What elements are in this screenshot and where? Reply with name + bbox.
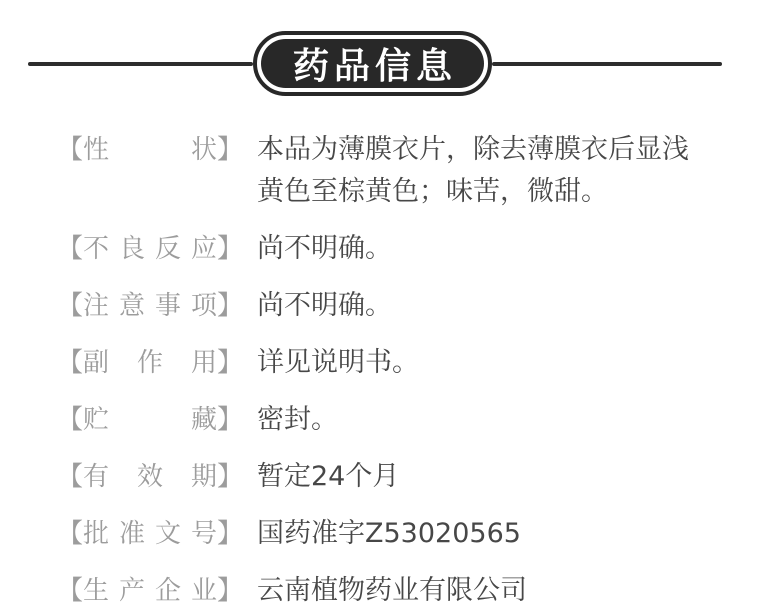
- bracket-close-char: 】: [217, 456, 243, 498]
- info-list: 【 性状 】 本品为薄膜衣片，除去薄膜衣后显浅黄色至棕黄色；味苦，微甜。 【 不…: [57, 129, 760, 612]
- label-char: 产: [119, 570, 145, 612]
- label-char: 效: [137, 456, 163, 498]
- bracket-open-char: 【: [57, 228, 83, 270]
- label-char: 项: [191, 285, 217, 327]
- field-value: 尚不明确。: [257, 228, 392, 270]
- section-header: 药品信息: [28, 31, 722, 96]
- label-char: 号: [191, 513, 217, 555]
- field-label-chars: 副作用: [83, 342, 217, 384]
- label-char: 贮: [83, 399, 109, 441]
- label-char: 有: [83, 456, 109, 498]
- field-label-chars: 生产企业: [83, 570, 217, 612]
- label-char: 反: [155, 228, 181, 270]
- label-char: 良: [119, 228, 145, 270]
- label-char: 企: [155, 570, 181, 612]
- bracket-close-char: 】: [217, 399, 243, 441]
- field-label: 【 贮藏 】: [57, 399, 243, 441]
- field-label-chars: 贮藏: [83, 399, 217, 441]
- bracket-close-char: 】: [217, 129, 243, 171]
- field-label-chars: 注意事项: [83, 285, 217, 327]
- info-row: 【 生产企业 】 云南植物药业有限公司: [57, 570, 760, 612]
- label-char: 生: [83, 570, 109, 612]
- field-label: 【 有效期 】: [57, 456, 243, 498]
- info-row: 【 不良反应 】 尚不明确。: [57, 228, 760, 270]
- bracket-open-char: 【: [57, 513, 83, 555]
- info-row: 【 有效期 】 暂定24个月: [57, 456, 760, 498]
- field-value: 云南植物药业有限公司: [257, 570, 527, 612]
- field-label: 【 不良反应 】: [57, 228, 243, 270]
- section-badge: 药品信息: [253, 31, 492, 96]
- page-title: 药品信息: [293, 38, 457, 89]
- label-char: 意: [119, 285, 145, 327]
- section-badge-inner: 药品信息: [261, 39, 484, 88]
- drug-info-page: 药品信息 【 性状 】 本品为薄膜衣片，除去薄膜衣后显浅黄色至棕黄色；味苦，微甜…: [0, 0, 760, 612]
- field-label: 【 副作用 】: [57, 342, 243, 384]
- bracket-open-char: 【: [57, 570, 83, 612]
- label-char: 状: [191, 129, 217, 171]
- info-row: 【 批准文号 】 国药准字Z53020565: [57, 513, 760, 555]
- header-rule-left: [28, 62, 253, 66]
- label-char: 应: [191, 228, 217, 270]
- label-char: 准: [119, 513, 145, 555]
- bracket-open-char: 【: [57, 285, 83, 327]
- field-label-chars: 有效期: [83, 456, 217, 498]
- field-value: 密封。: [257, 399, 338, 441]
- bracket-open-char: 【: [57, 456, 83, 498]
- label-char: 副: [83, 342, 109, 384]
- field-label-chars: 不良反应: [83, 228, 217, 270]
- label-char: 文: [155, 513, 181, 555]
- bracket-open-char: 【: [57, 342, 83, 384]
- bracket-close-char: 】: [217, 228, 243, 270]
- field-label: 【 批准文号 】: [57, 513, 243, 555]
- field-value: 暂定24个月: [257, 456, 399, 498]
- label-char: 批: [83, 513, 109, 555]
- info-row: 【 性状 】 本品为薄膜衣片，除去薄膜衣后显浅黄色至棕黄色；味苦，微甜。: [57, 129, 760, 213]
- info-row: 【 注意事项 】 尚不明确。: [57, 285, 760, 327]
- label-char: 用: [191, 342, 217, 384]
- field-label-chars: 批准文号: [83, 513, 217, 555]
- bracket-close-char: 】: [217, 285, 243, 327]
- bracket-open-char: 【: [57, 129, 83, 171]
- label-char: 业: [191, 570, 217, 612]
- bracket-open-char: 【: [57, 399, 83, 441]
- field-value: 详见说明书。: [257, 342, 419, 384]
- label-char: 不: [83, 228, 109, 270]
- field-label: 【 注意事项 】: [57, 285, 243, 327]
- field-label-chars: 性状: [83, 129, 217, 171]
- field-value: 尚不明确。: [257, 285, 392, 327]
- bracket-close-char: 】: [217, 513, 243, 555]
- label-char: 注: [83, 285, 109, 327]
- field-value: 国药准字Z53020565: [257, 513, 521, 555]
- bracket-close-char: 】: [217, 342, 243, 384]
- info-row: 【 副作用 】 详见说明书。: [57, 342, 760, 384]
- bracket-close-char: 】: [217, 570, 243, 612]
- label-char: 事: [155, 285, 181, 327]
- field-label: 【 生产企业 】: [57, 570, 243, 612]
- label-char: 期: [191, 456, 217, 498]
- field-value: 本品为薄膜衣片，除去薄膜衣后显浅黄色至棕黄色；味苦，微甜。: [257, 129, 707, 213]
- field-label: 【 性状 】: [57, 129, 243, 171]
- label-char: 藏: [191, 399, 217, 441]
- label-char: 性: [83, 129, 109, 171]
- header-rule-right: [492, 62, 722, 66]
- label-char: 作: [137, 342, 163, 384]
- info-row: 【 贮藏 】 密封。: [57, 399, 760, 441]
